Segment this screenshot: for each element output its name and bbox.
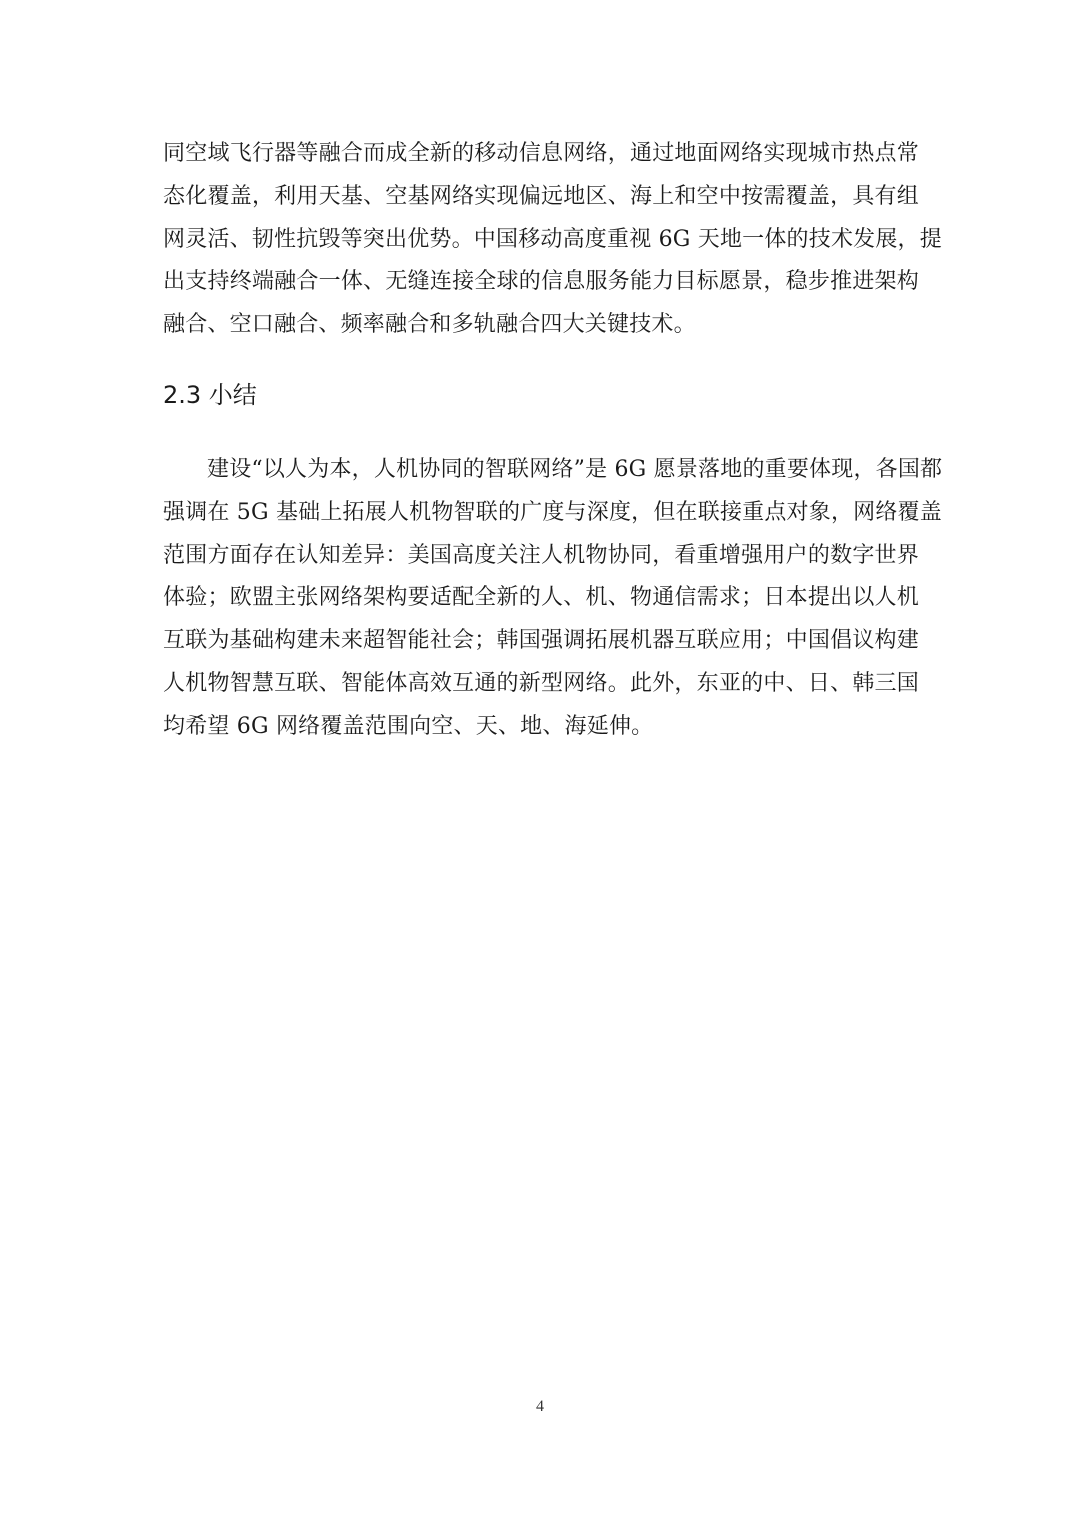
paragraph-line: 同空域飞行器等融合而成全新的移动信息网络，通过地面网络实现城市热点常 [163, 133, 919, 176]
paragraph-line: 体验；欧盟主张网络架构要适配全新的人、机、物通信需求；日本提出以人机 [163, 577, 919, 620]
section-heading: 2.3 小结 [163, 375, 257, 415]
paragraph-line: 互联为基础构建未来超智能社会；韩国强调拓展机器互联应用；中国倡议构建 [163, 620, 919, 663]
paragraph-line: 均希望 6G 网络覆盖范围向空、天、地、海延伸。 [163, 706, 919, 749]
document-page: 同空域飞行器等融合而成全新的移动信息网络，通过地面网络实现城市热点常 态化覆盖，… [0, 0, 1080, 1527]
paragraph-line: 范围方面存在认知差异：美国高度关注人机物协同，看重增强用户的数字世界 [163, 535, 919, 578]
paragraph-line: 建设“以人为本，人机协同的智联网络”是 6G 愿景落地的重要体现，各国都 [163, 449, 919, 492]
paragraph-line: 强调在 5G 基础上拓展人机物智联的广度与深度，但在联接重点对象，网络覆盖 [163, 492, 919, 535]
continued-paragraph: 同空域飞行器等融合而成全新的移动信息网络，通过地面网络实现城市热点常 态化覆盖，… [163, 133, 919, 347]
paragraph-line: 人机物智慧互联、智能体高效互通的新型网络。此外，东亚的中、日、韩三国 [163, 663, 919, 706]
paragraph-line: 态化覆盖，利用天基、空基网络实现偏远地区、海上和空中按需覆盖，具有组 [163, 176, 919, 219]
summary-paragraph: 建设“以人为本，人机协同的智联网络”是 6G 愿景落地的重要体现，各国都 强调在… [163, 449, 919, 749]
paragraph-line: 出支持终端融合一体、无缝连接全球的信息服务能力目标愿景，稳步推进架构 [163, 261, 919, 304]
paragraph-line: 网灵活、韧性抗毁等突出优势。中国移动高度重视 6G 天地一体的技术发展，提 [163, 219, 919, 262]
page-number: 4 [0, 1398, 1080, 1416]
paragraph-line: 融合、空口融合、频率融合和多轨融合四大关键技术。 [163, 304, 919, 347]
